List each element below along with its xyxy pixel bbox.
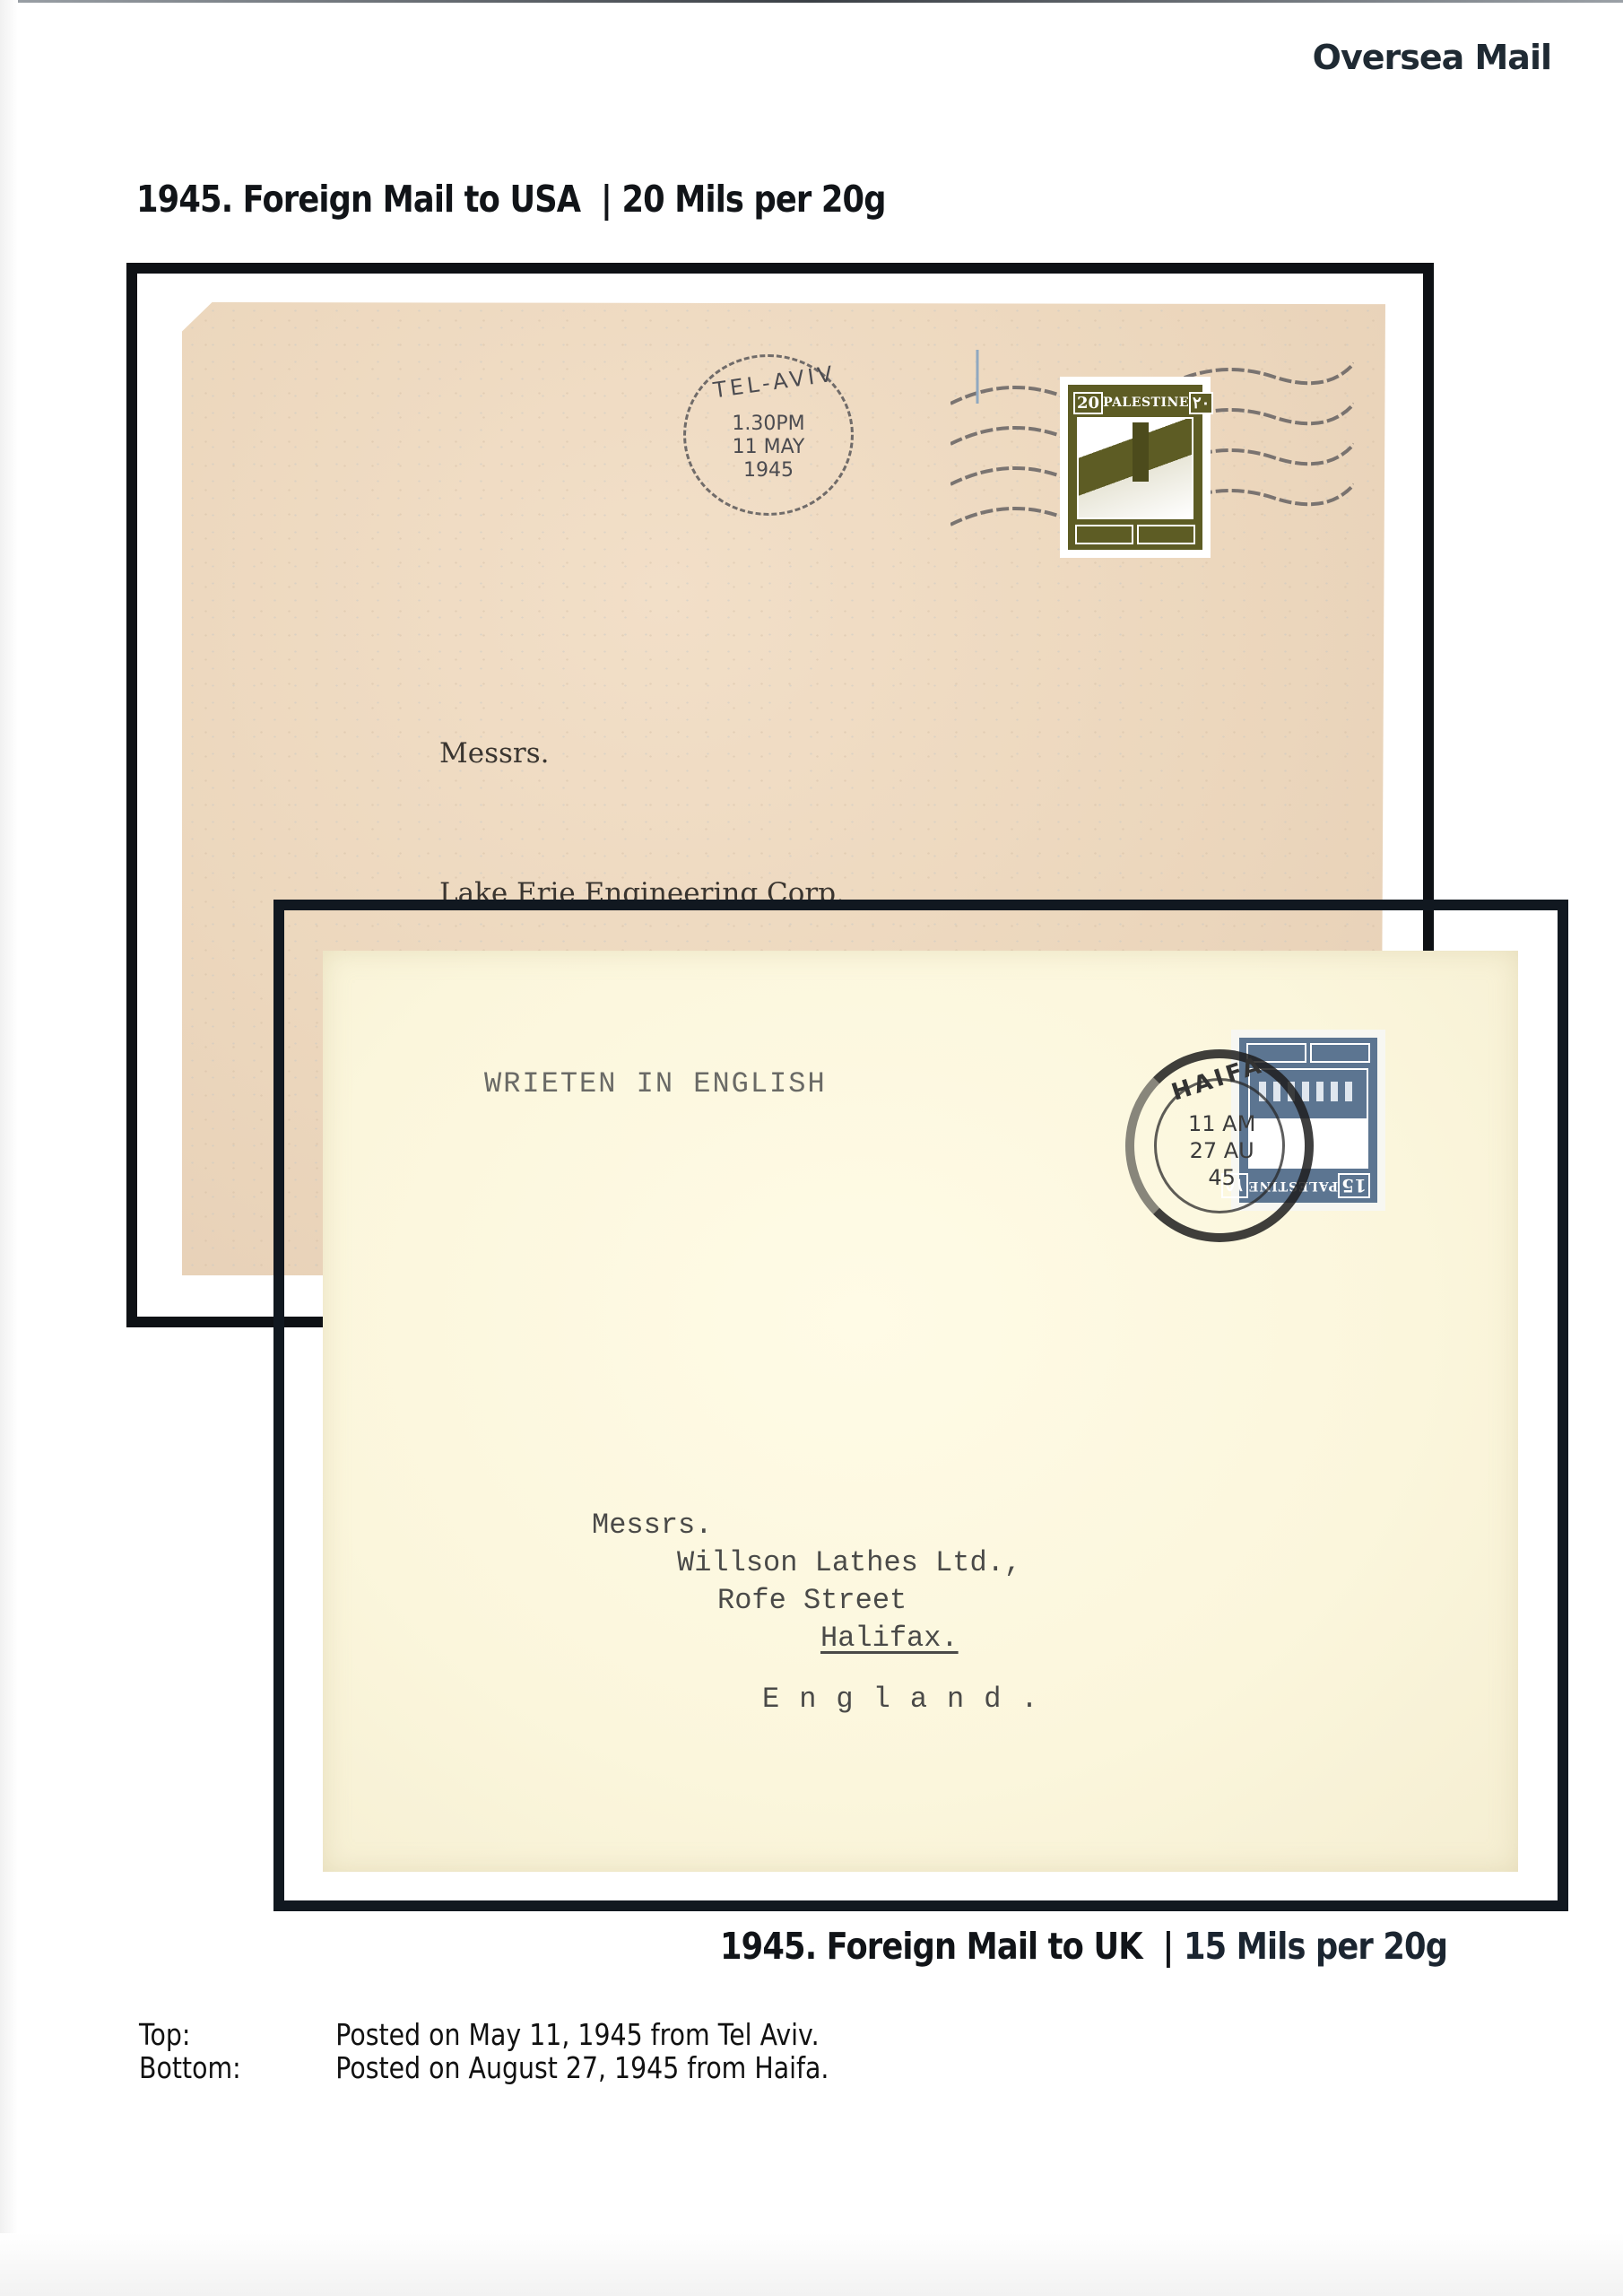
postmark-time: 11 AM <box>1188 1110 1255 1137</box>
page-bottom-shadow <box>0 2233 1623 2296</box>
cover-rate: 15 Mils per 20g <box>1184 1925 1447 1968</box>
cover-title-usa: 1945. Foreign Mail to USA | 20 Mils per … <box>136 178 886 221</box>
stamp-value: 20 <box>1073 392 1103 414</box>
page-left-shadow <box>0 0 18 2296</box>
address-line: England. <box>762 1681 1058 1718</box>
address-line: Messrs. <box>439 730 859 777</box>
postmark-year: 45 <box>1188 1164 1255 1191</box>
page-header: Oversea Mail <box>1313 38 1551 77</box>
title-separator: | <box>601 178 612 221</box>
address-line: Halifax. <box>820 1620 1058 1657</box>
cover-notes: Top: Posted on May 11, 1945 from Tel Avi… <box>139 2018 829 2084</box>
stamp-script-panels <box>1246 1043 1370 1063</box>
stamp-20-mils: 20 PALESTINE ٢٠ <box>1060 377 1211 558</box>
cover-rate: 20 Mils per 20g <box>621 178 885 221</box>
address-uk: Messrs. Willson Lathes Ltd., Rofe Street… <box>592 1507 1058 1718</box>
cover-title-text: 1945. Foreign Mail to UK <box>720 1925 1142 1968</box>
note-row: Bottom: Posted on August 27, 1945 from H… <box>139 2051 829 2084</box>
postmark-city: TEL-AVIV <box>712 361 838 404</box>
cover-title-uk: 1945. Foreign Mail to UK | 15 Mils per 2… <box>720 1925 1447 1968</box>
postmark-tel-aviv: TEL-AVIV 1.30PM 11 MAY 1945 <box>683 354 854 516</box>
stamp-header: 20 PALESTINE ٢٠ <box>1073 390 1197 415</box>
postmark-date: 27 AU <box>1188 1137 1255 1164</box>
stamp-face: 20 PALESTINE ٢٠ <box>1068 385 1202 550</box>
note-label: Bottom: <box>139 2051 335 2084</box>
postmark-date-block: 1.30PM 11 MAY 1945 <box>732 413 804 483</box>
postmark-time: 1.30PM <box>732 413 804 436</box>
note-text: Posted on May 11, 1945 from Tel Aviv. <box>335 2018 819 2051</box>
note-text: Posted on August 27, 1945 from Haifa. <box>335 2051 829 2084</box>
postmark-date: 11 MAY <box>732 436 804 459</box>
stamp-value: 15 <box>1338 1173 1370 1198</box>
postmark-haifa: HAIFA 11 AM 27 AU 45 <box>1125 1049 1314 1242</box>
postmark-year: 1945 <box>732 459 804 483</box>
stamp-value-arabic: ٢٠ <box>1189 392 1213 414</box>
address-line: Rofe Street <box>717 1582 1058 1620</box>
stamp-country: PALESTINE <box>1103 396 1189 410</box>
address-line: Messrs. <box>592 1507 1058 1544</box>
stamp-script-panels <box>1075 525 1195 544</box>
cover-title-text: 1945. Foreign Mail to USA <box>136 178 580 221</box>
citadel-tower-icon <box>1077 417 1193 519</box>
address-line: Willson Lathes Ltd., <box>677 1544 1058 1582</box>
written-in-english-annotation: WRIETEN IN ENGLISH <box>484 1067 827 1100</box>
page-top-rule <box>0 0 1623 3</box>
postmark-date-block: 11 AM 27 AU 45 <box>1188 1110 1255 1191</box>
note-label: Top: <box>139 2018 335 2051</box>
note-row: Top: Posted on May 11, 1945 from Tel Avi… <box>139 2018 829 2051</box>
title-separator: | <box>1163 1925 1174 1968</box>
